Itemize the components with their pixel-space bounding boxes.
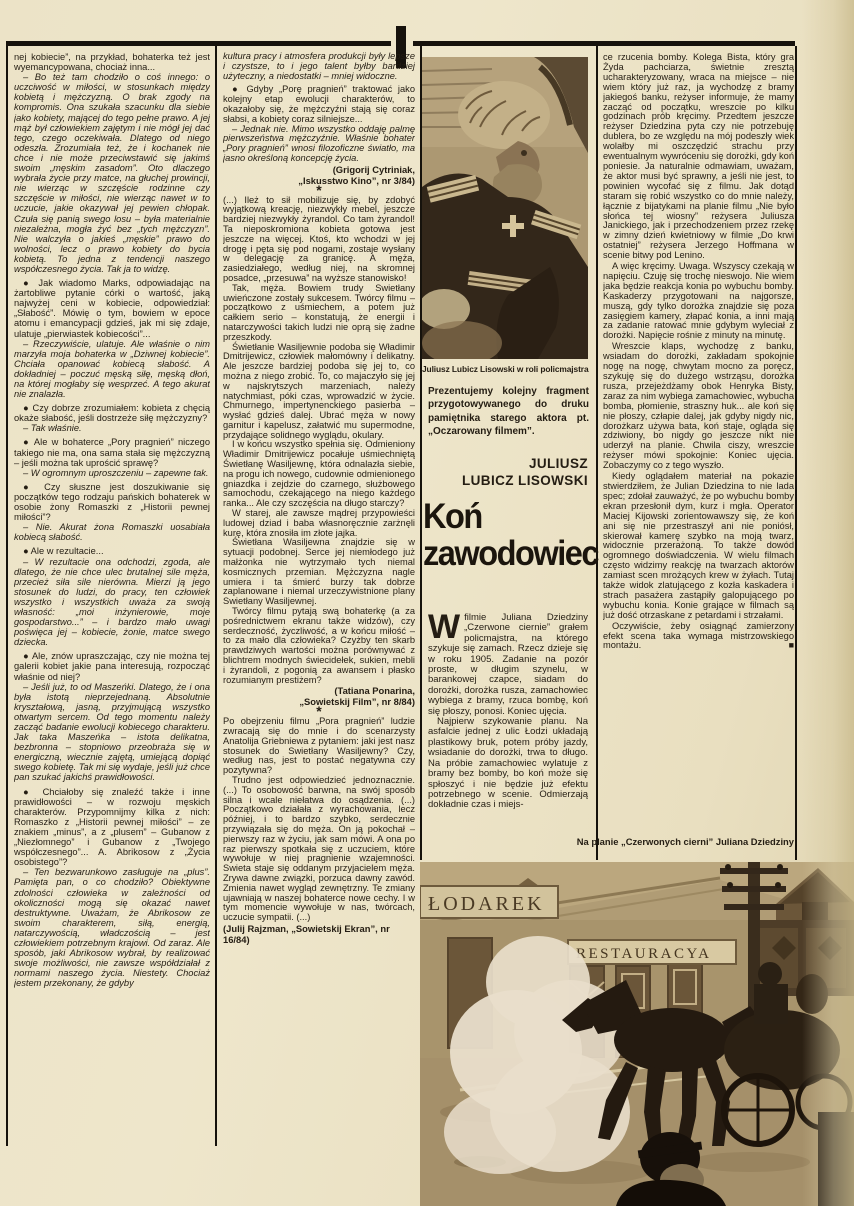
magazine-page: nej kobiecie”, na przykład, bohaterka te…: [0, 0, 854, 1206]
photo-caption-bottom: Na planie „Czerwonych cierni” Juliana Dz…: [430, 836, 794, 847]
lodarek-sign-text: ŁODAREK: [428, 893, 545, 915]
page-edge-shading: [802, 0, 854, 1206]
interview-answer: – Jednak nie. Mimo wszystko oddaję palmę…: [223, 125, 415, 164]
interview-answer-continuation: kultura pracy i atmosfera produkcji były…: [223, 52, 415, 81]
article-body-column-4: ce rzucenia bomby. Kolega Bista, który g…: [603, 52, 794, 824]
lodarek-sign: ŁODAREK: [420, 886, 558, 918]
excerpt-paragraph: W starej, ale zawsze mądrej przypowieści…: [223, 509, 415, 538]
drop-cap: W: [428, 613, 464, 641]
interview-answer: – W ogromnym uproszczeniu – zapewne tak.: [14, 468, 210, 478]
interview-question: ● Gdyby „Porę pragnień” traktować jako k…: [223, 85, 415, 124]
excerpt-paragraph: Trudno jest odpowiedzieć jednoznacznie. …: [223, 776, 415, 923]
photo-film-set: ŁODAREK RESTAURACYA: [420, 862, 854, 1206]
interview-question: ● Czy słuszne jest doszukiwanie się pocz…: [14, 482, 210, 522]
article-body-column-3: Wfilmie Juliana Dziedziny „Czerwone cier…: [428, 613, 588, 859]
author-line-2: LUBICZ LISOWSKI: [428, 472, 588, 489]
vertical-rule-right: [795, 46, 797, 860]
excerpt-paragraph: (...) Ileż to sił mobilizuje się, by zdo…: [223, 196, 415, 284]
excerpt-paragraph: I w końcu wszystko spełnia się. Odmienio…: [223, 440, 415, 509]
excerpt-paragraph: Po obejrzeniu filmu „Pora pragnień” ludz…: [223, 717, 415, 776]
article-headline: Koń zawodowiec: [423, 498, 581, 572]
headline-line-1: Koń: [423, 498, 581, 535]
top-rule-right: [413, 41, 795, 46]
end-mark: ■: [780, 641, 794, 651]
interview-answer: – W rezultacie ona odchodzi, zgoda, ale …: [14, 557, 210, 648]
attribution-rajzman: (Julij Rajzman, „Sowietskij Ekran”, nr 1…: [223, 923, 415, 945]
interview-question: ● Jak wiadomo Marks, odpowiadając na żar…: [14, 278, 210, 339]
article-lead: Prezentujemy kolejny fragment przygotowy…: [428, 385, 589, 439]
interview-answer: – Nie. Akurat żona Romaszki uosabiała ko…: [14, 522, 210, 542]
photo-caption-top: Juliusz Lubicz Lisowski w roli policmajs…: [422, 364, 598, 374]
vertical-rule-col1-col2: [215, 46, 217, 1146]
interview-continuation: nej kobiecie”, na przykład, bohaterka te…: [14, 52, 210, 72]
restauracya-sign: RESTAURACYA: [568, 940, 736, 964]
interview-answer: – Ten bezwarunkowo zasługuje na „plus”. …: [14, 867, 210, 988]
vertical-rule-col3-col4: [596, 46, 598, 860]
article-paragraph: Wfilmie Juliana Dziedziny „Czerwone cier…: [428, 613, 588, 717]
excerpt-paragraph: Twórcy filmu pytają swą bohaterkę (a za …: [223, 607, 415, 685]
restauracya-sign-text: RESTAURACYA: [576, 946, 711, 962]
article-author: JULIUSZ LUBICZ LISOWSKI: [428, 455, 588, 489]
interview-question: ● Ale w rezultacie...: [14, 546, 210, 556]
article-paragraph: Oczywiście, żeby osiągnąć zamierzony efe…: [603, 622, 794, 652]
interview-answer: – Rzeczywiście, ulatuje. Ale właśnie o n…: [14, 339, 210, 400]
fur-hat: [458, 81, 550, 149]
interview-column-1: nej kobiecie”, na przykład, bohaterka te…: [14, 52, 210, 1130]
excerpt-paragraph: Świetłanie Wasiljewnie podoba się Władim…: [223, 343, 415, 441]
interview-answer: – Jeśli już, to od Maszeńki. Dlatego, że…: [14, 682, 210, 783]
article-paragraph: Kiedy oglądałem materiał na pokazie stwi…: [603, 472, 794, 621]
article-paragraph: A więc kręcimy. Uwaga. Wszyscy czekają w…: [603, 262, 794, 341]
author-line-1: JULIUSZ: [428, 455, 588, 472]
excerpt-paragraph: Tak, męża. Bowiem trudy Swietłany uwieńc…: [223, 284, 415, 343]
article-paragraph: Najpierw szykowanie planu. Na asfalcie j…: [428, 717, 588, 811]
interview-question: ● Ale, znów upraszczając, czy nie można …: [14, 651, 210, 681]
article-paragraph: ce rzucenia bomby. Kolega Bista, który g…: [603, 53, 794, 261]
top-rule-left: [6, 41, 391, 46]
interview-question: ● Czy dobrze zrozumiałem: kobieta z chęc…: [14, 403, 210, 423]
headline-line-2: zawodowiec: [423, 535, 581, 572]
excerpt-paragraph: Świetłana Wasiljewna znajdzie się w sytu…: [223, 538, 415, 607]
article-paragraph: Wreszcie klaps, wychodzę z banku, wsiada…: [603, 342, 794, 471]
vertical-rule-left: [6, 46, 8, 1146]
driver-figure: [758, 962, 782, 986]
interview-answer: – Tak właśnie.: [14, 423, 210, 433]
interview-column-2: kultura pracy i atmosfera produkcji były…: [223, 52, 415, 1144]
photo-policmajster: [422, 57, 588, 359]
interview-answer: – Bo też tam chodziło o coś innego: o uc…: [14, 72, 210, 274]
interview-question: ● Chciałoby się znaleźć także i inne pra…: [14, 787, 210, 868]
interview-question: ● Ale w bohaterce „Pory pragnień” niczeg…: [14, 437, 210, 467]
